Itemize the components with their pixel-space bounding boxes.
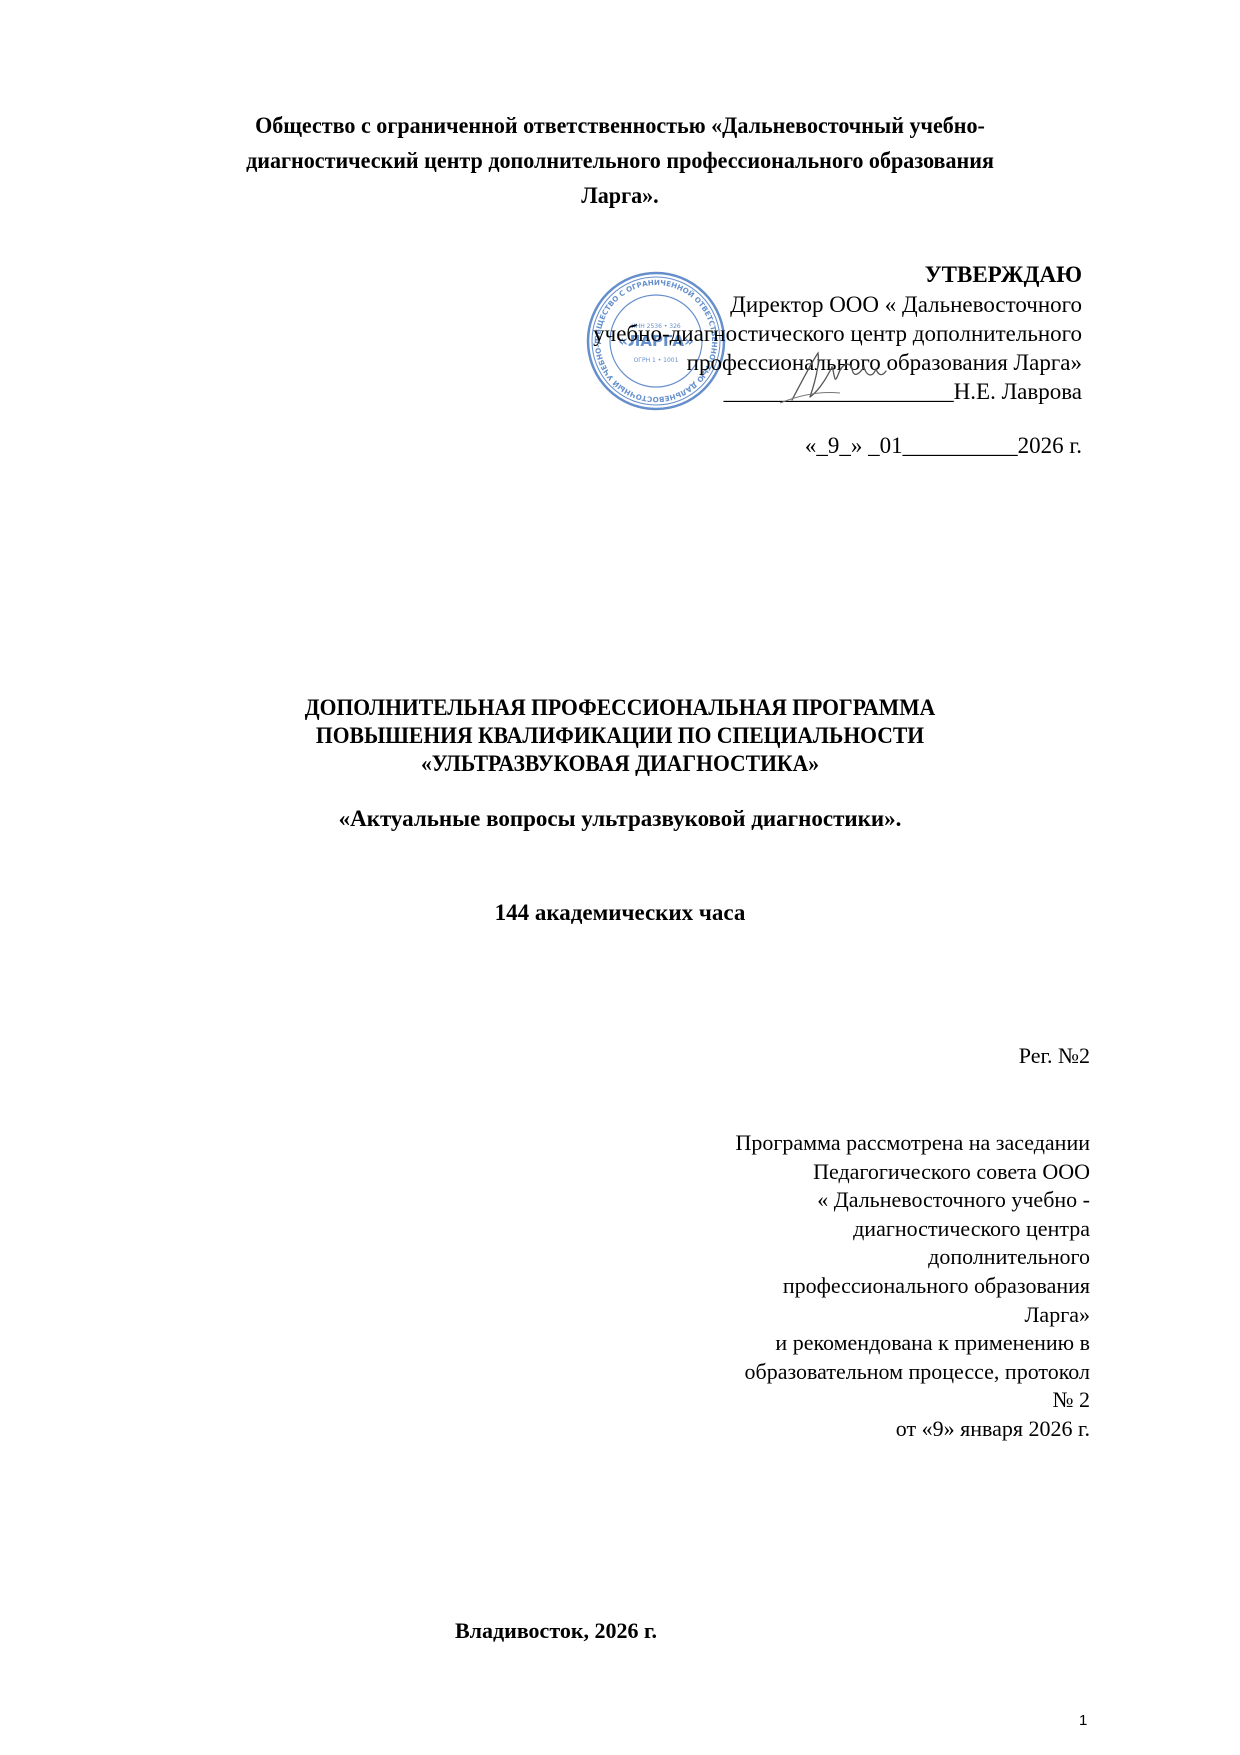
review-line: профессионального образования bbox=[783, 1275, 1090, 1297]
reg-number: Рег. №2 bbox=[1019, 1045, 1090, 1067]
header-line-2: диагностический центр дополнительного пр… bbox=[25, 149, 1215, 172]
city-year: Владивосток, 2026 г. bbox=[455, 1620, 657, 1642]
review-line: от «9» января 2026 г. bbox=[896, 1418, 1090, 1440]
review-line: Программа рассмотрена на заседании bbox=[735, 1132, 1090, 1154]
program-title-line-1: ДОПОЛНИТЕЛЬНАЯ ПРОФЕССИОНАЛЬНАЯ ПРОГРАММ… bbox=[37, 696, 1203, 719]
review-line: образовательном процессе, протокол bbox=[745, 1361, 1090, 1383]
header-line-3: Ларга». bbox=[25, 184, 1215, 207]
document-page: Общество с ограниченной ответственностью… bbox=[0, 0, 1240, 1755]
program-title-line-3: «УЛЬТРАЗВУКОВАЯ ДИАГНОСТИКА» bbox=[37, 752, 1203, 775]
approval-heading: УТВЕРЖДАЮ bbox=[925, 263, 1082, 286]
page-number: 1 bbox=[1079, 1713, 1087, 1728]
review-line: « Дальневосточного учебно - bbox=[817, 1189, 1090, 1211]
review-line: № 2 bbox=[1053, 1389, 1091, 1411]
program-hours: 144 академических часа bbox=[0, 901, 1240, 924]
approval-line-1: Директор ООО « Дальневосточного bbox=[730, 293, 1082, 316]
svg-text:ОГРН 1 • 1001: ОГРН 1 • 1001 bbox=[634, 357, 679, 364]
review-line: и рекомендована к применению в bbox=[775, 1332, 1090, 1354]
approval-line-2: учебно-диагностического центр дополнител… bbox=[593, 322, 1082, 345]
signature-icon bbox=[780, 345, 910, 405]
approval-date: «_9_» _01__________2026 г. bbox=[805, 434, 1082, 457]
review-line: Педагогического совета ООО bbox=[813, 1161, 1090, 1183]
review-line: Ларга» bbox=[1025, 1304, 1090, 1326]
review-line: дополнительного bbox=[928, 1246, 1090, 1268]
program-title-line-2: ПОВЫШЕНИЯ КВАЛИФИКАЦИИ ПО СПЕЦИАЛЬНОСТИ bbox=[37, 724, 1203, 747]
review-line: диагностического центра bbox=[853, 1218, 1090, 1240]
program-subtitle: «Актуальные вопросы ультразвуковой диагн… bbox=[0, 807, 1240, 830]
header-line-1: Общество с ограниченной ответственностью… bbox=[25, 114, 1215, 137]
